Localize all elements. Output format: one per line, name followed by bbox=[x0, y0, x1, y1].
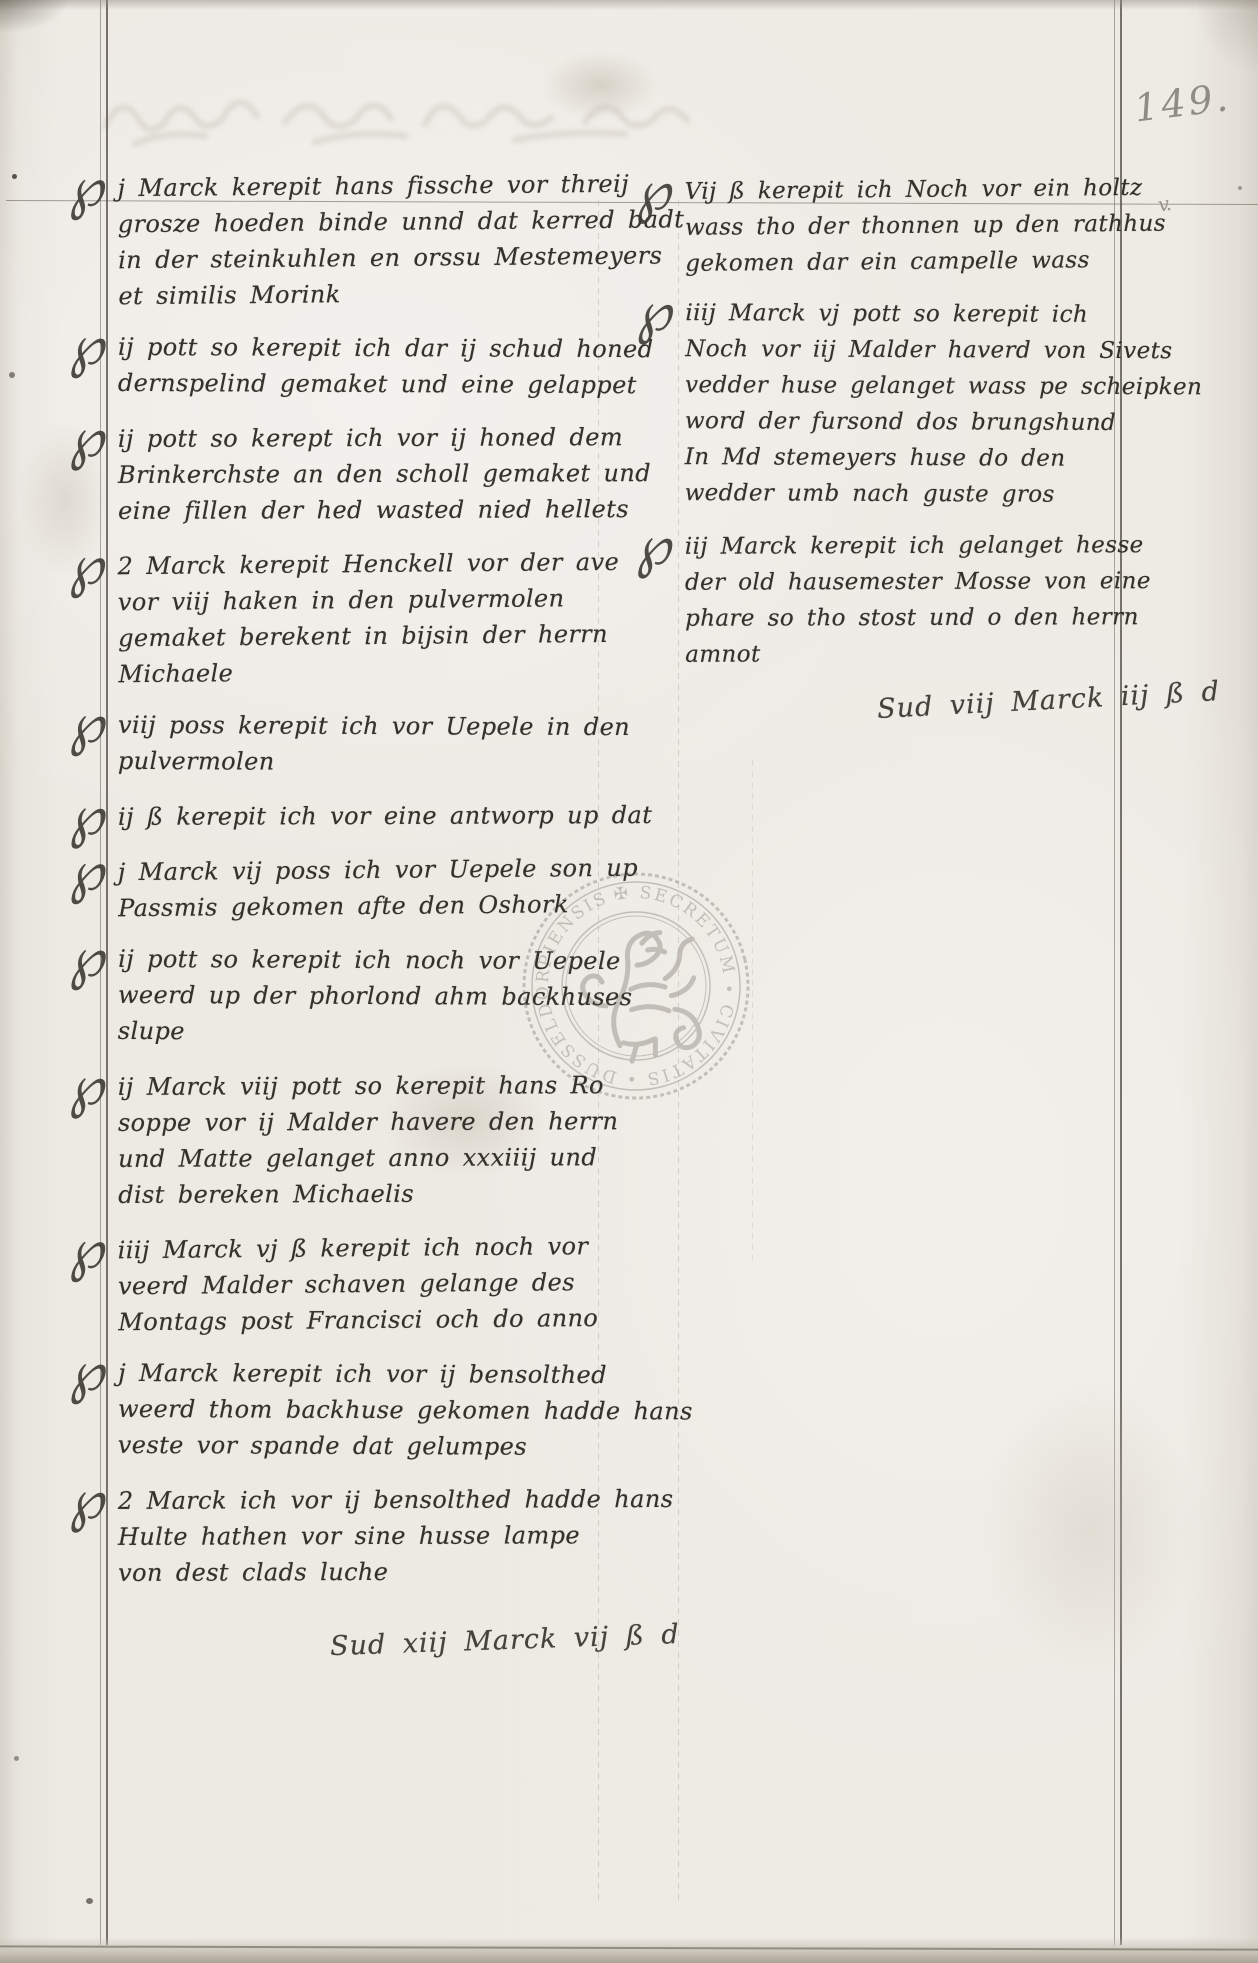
ledger-column-right: ℘Vij ß kerepit ich Noch vor ein holtzwas… bbox=[685, 172, 1109, 719]
entry-line: phare so tho stost und o den herrn bbox=[685, 599, 1109, 636]
entry-line: dernspelind gemaket und eine gelappet bbox=[118, 365, 626, 403]
entry-line: veerd Malder schaven gelange des bbox=[118, 1264, 626, 1304]
entry-line: eine fillen der hed wasted nied hellets bbox=[118, 491, 626, 529]
ink-speck bbox=[1238, 186, 1242, 190]
entry-line: ij pott so kerept ich vor ij honed dem bbox=[118, 419, 626, 457]
ledger-entry: ℘ij pott so kerepit ich dar ij schud hon… bbox=[118, 329, 626, 403]
entry-line: gemaket berekent in bijsin der herrn bbox=[118, 616, 626, 656]
entry-paragraph-mark: ℘ bbox=[63, 1350, 106, 1395]
entry-line: weerd up der phorlond ahm backhuses bbox=[118, 977, 626, 1015]
entry-line: vedder huse gelanget wass pe scheipken bbox=[685, 367, 1109, 405]
entry-line: 2 Marck ich vor ij bensolthed hadde hans bbox=[118, 1481, 626, 1519]
entry-line: Michaele bbox=[118, 652, 626, 692]
entry-line: soppe vor ij Malder havere den herrn bbox=[118, 1103, 626, 1141]
entry-line: ij pott so kerepit ich noch vor Uepele bbox=[118, 941, 626, 979]
entry-line: et similis Morink bbox=[118, 274, 626, 314]
right-margin-rule-outer bbox=[1114, 0, 1115, 1945]
entry-paragraph-mark: ℘ bbox=[63, 1064, 107, 1110]
entry-paragraph-mark: ℘ bbox=[63, 416, 107, 462]
page-corner-shadow bbox=[0, 0, 70, 34]
entry-paragraph-mark: ℘ bbox=[63, 850, 107, 896]
entry-paragraph-mark: ℘ bbox=[62, 166, 106, 212]
ledger-entry: ℘j Marck kerepit ich vor ij bensolthedwe… bbox=[118, 1355, 626, 1465]
ledger-entry: ℘ij Marck viij pott so kerepit hans Roso… bbox=[118, 1067, 626, 1213]
ink-bleedthrough bbox=[95, 78, 735, 156]
entry-line: 2 Marck kerepit Henckell vor der ave bbox=[117, 544, 625, 584]
ledger-entry: ℘viij poss kerepit ich vor Uepele in den… bbox=[118, 707, 626, 781]
entry-line: amnot bbox=[685, 635, 1109, 672]
entry-line: slupe bbox=[118, 1013, 626, 1051]
ledger-entry: ℘iiij Marck vj ß kerepit ich noch vorvee… bbox=[118, 1228, 627, 1340]
entry-line: Noch vor iij Malder haverd von Sivets bbox=[685, 331, 1109, 369]
ledger-entry: ℘Vij ß kerepit ich Noch vor ein holtzwas… bbox=[685, 170, 1110, 282]
entry-line: j Marck vij poss ich vor Uepele son up bbox=[118, 850, 626, 890]
entry-paragraph-mark: ℘ bbox=[631, 290, 674, 335]
entry-line: veste vor spande dat gelumpes bbox=[118, 1427, 626, 1465]
entry-paragraph-mark: ℘ bbox=[630, 169, 674, 215]
entry-line: vor viij haken in den pulvermolen bbox=[118, 580, 626, 620]
ledger-entry: ℘ij pott so kerept ich vor ij honed demB… bbox=[118, 419, 626, 529]
ledger-entry: ℘iiij Marck vj pott so kerepit ichNoch v… bbox=[685, 295, 1110, 513]
entry-line: viij poss kerepit ich vor Uepele in den bbox=[118, 707, 626, 745]
entry-line: Montags post Francisci och do anno bbox=[118, 1300, 626, 1340]
entry-paragraph-mark: ℘ bbox=[63, 1228, 107, 1274]
entry-line: iiij Marck vj pott so kerepit ich bbox=[685, 295, 1109, 333]
entry-line: wass tho der thonnen up den rathhus bbox=[685, 206, 1109, 246]
entry-line: j Marck kerepit hans fissche vor threij bbox=[117, 166, 625, 206]
page-edge-top bbox=[0, 0, 1258, 10]
ledger-entry: ℘iij Marck kerepit ich gelanget hesseder… bbox=[685, 527, 1110, 672]
entry-line: Passmis gekomen afte den Oshork bbox=[118, 886, 626, 926]
entry-line: der old hausemester Mosse von eine bbox=[685, 563, 1109, 600]
entry-line: gekomen dar ein campelle wass bbox=[685, 242, 1109, 282]
entry-line: Hulte hathen vor sine husse lampe bbox=[118, 1517, 626, 1555]
entry-line: j Marck kerepit ich vor ij bensolthed bbox=[118, 1355, 626, 1393]
entry-paragraph-mark: ℘ bbox=[63, 794, 107, 840]
entry-paragraph-mark: ℘ bbox=[63, 324, 106, 369]
entry-line: iij Marck kerepit ich gelanget hesse bbox=[685, 527, 1109, 564]
ink-speck bbox=[14, 1756, 19, 1761]
entry-line: ij pott so kerepit ich dar ij schud hone… bbox=[118, 329, 626, 367]
entry-paragraph-mark: ℘ bbox=[63, 936, 106, 981]
right-margin-rule-inner bbox=[1120, 0, 1122, 1945]
entry-line: weerd thom backhuse gekomen hadde hans bbox=[118, 1391, 626, 1429]
entry-line: von dest clads luche bbox=[118, 1553, 626, 1591]
ledger-entry: ℘2 Marck kerepit Henckell vor der avevor… bbox=[117, 544, 626, 692]
ledger-entry: ℘j Marck kerepit hans fissche vor threij… bbox=[117, 166, 626, 314]
ledger-entry: ℘ij ß kerepit ich vor eine antworp up da… bbox=[118, 797, 626, 835]
entry-paragraph-mark: ℘ bbox=[62, 544, 106, 590]
ink-speck bbox=[86, 1898, 93, 1904]
entry-line: grosze hoeden binde unnd dat kerred badt bbox=[118, 202, 626, 242]
entry-line: iiij Marck vj ß kerepit ich noch vor bbox=[118, 1228, 626, 1268]
entry-line: ij Marck viij pott so kerepit hans Ro bbox=[118, 1067, 626, 1105]
column-sum: Sud viij Marck iij ß d bbox=[876, 682, 1109, 725]
page-corner-shadow bbox=[1198, 0, 1258, 70]
entry-paragraph-mark: ℘ bbox=[63, 702, 106, 747]
ink-speck bbox=[9, 372, 15, 378]
entry-line: wedder umb nach guste gros bbox=[685, 475, 1109, 513]
entry-line: in der steinkuhlen en orssu Mestemeyers bbox=[118, 238, 626, 278]
entry-line: dist bereken Michaelis bbox=[118, 1175, 626, 1213]
entry-line: pulvermolen bbox=[118, 743, 626, 781]
column-sum: Sud xiij Marck vij ß d bbox=[330, 1621, 627, 1662]
entry-line: Vij ß kerepit ich Noch vor ein holtz bbox=[685, 170, 1109, 210]
entry-paragraph-mark: ℘ bbox=[630, 524, 674, 570]
entry-line: word der fursond dos brungshund bbox=[685, 403, 1109, 441]
ink-speck bbox=[12, 174, 17, 179]
ledger-entry: ℘j Marck vij poss ich vor Uepele son upP… bbox=[118, 850, 627, 926]
ledger-entry: ℘2 Marck ich vor ij bensolthed hadde han… bbox=[118, 1481, 626, 1591]
entry-line: ij ß kerepit ich vor eine antworp up dat bbox=[118, 797, 626, 835]
entry-line: und Matte gelanget anno xxxiiij und bbox=[118, 1139, 626, 1177]
entry-paragraph-mark: ℘ bbox=[63, 1478, 107, 1524]
ledger-column-left: ℘j Marck kerepit hans fissche vor threij… bbox=[118, 168, 626, 1657]
entry-line: Brinkerchste an den scholl gemaket und bbox=[118, 455, 626, 493]
ledger-entry: ℘ij pott so kerepit ich noch vor Uepelew… bbox=[118, 941, 626, 1051]
entry-line: In Md stemeyers huse do den bbox=[685, 439, 1109, 477]
